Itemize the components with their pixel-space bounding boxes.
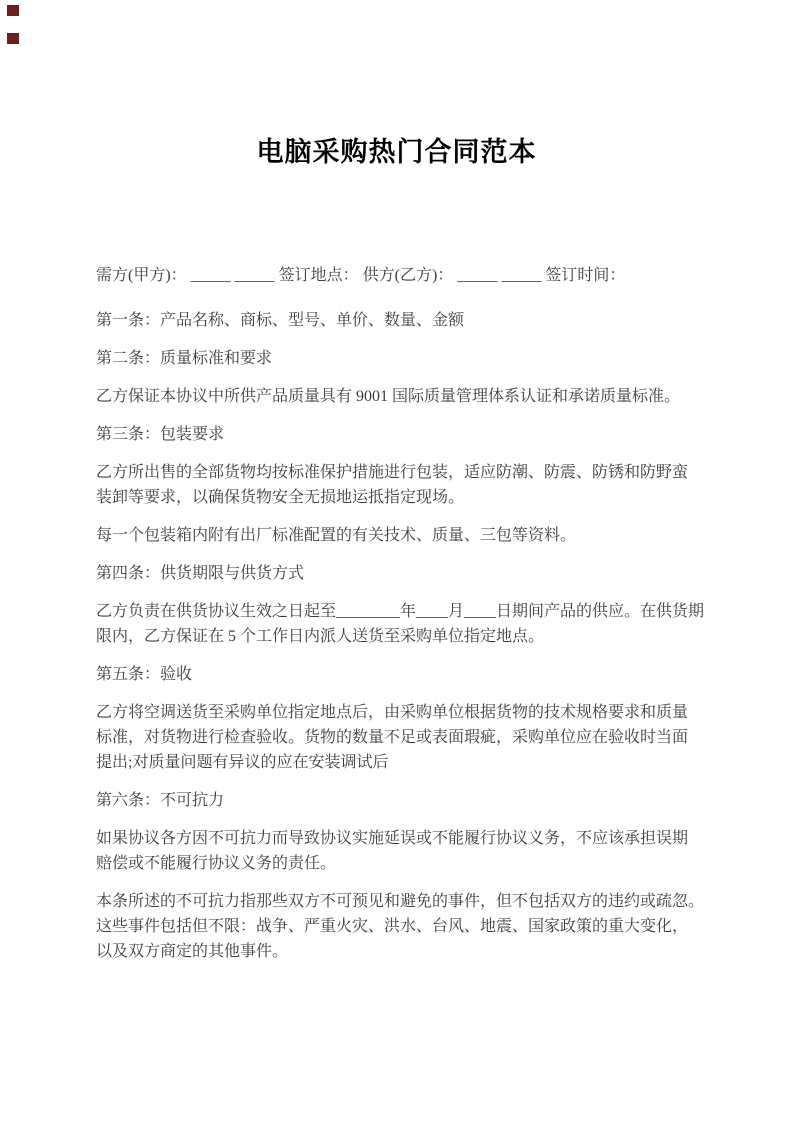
document-title: 电脑采购热门合同范本 [0,137,793,167]
contract-document-page: 电脑采购热门合同范本 需方(甲方)： _____ _____ 签订地点： 供方(… [0,0,793,1122]
corner-artifact-mark-bottom [7,33,19,44]
clause-6-body-2: 本条所述的不可抗力指那些双方不可预见和避免的事件，但不包括双方的违约或疏忽。 这… [96,889,716,964]
clause-5-body: 乙方将空调送货至采购单位指定地点后，由采购单位根据货物的技术规格要求和质量 标准… [96,700,716,775]
clause-5-heading: 第五条：验收 [96,662,716,687]
document-body: 需方(甲方)： _____ _____ 签订地点： 供方(乙方)： _____ … [0,263,793,964]
clause-4-heading: 第四条：供货期限与供货方式 [96,561,716,586]
clause-6-body-1: 如果协议各方因不可抗力而导致协议实施延误或不能履行协议义务，不应该承担误期 赔偿… [96,826,716,876]
clause-3-body-1: 乙方所出售的全部货物均按标准保护措施进行包装，适应防潮、防震、防锈和防野蛮 装卸… [96,460,716,510]
clause-2-body: 乙方保证本协议中所供产品质量具有 9001 国际质量管理体系认证和承诺质量标准。 [96,384,716,409]
clause-6-heading: 第六条：不可抗力 [96,788,716,813]
clause-2-heading: 第二条：质量标准和要求 [96,346,716,371]
clause-1-heading: 第一条：产品名称、商标、型号、单价、数量、金额 [96,308,716,333]
clause-3-heading: 第三条：包装要求 [96,422,716,447]
clause-4-body: 乙方负责在供货协议生效之日起至________年____月____日期间产品的供… [96,599,716,649]
clause-3-body-2: 每一个包装箱内附有出厂标准配置的有关技术、质量、三包等资料。 [96,523,716,548]
corner-artifact-mark-top [7,5,19,16]
party-fields-line: 需方(甲方)： _____ _____ 签订地点： 供方(乙方)： _____ … [96,263,716,288]
